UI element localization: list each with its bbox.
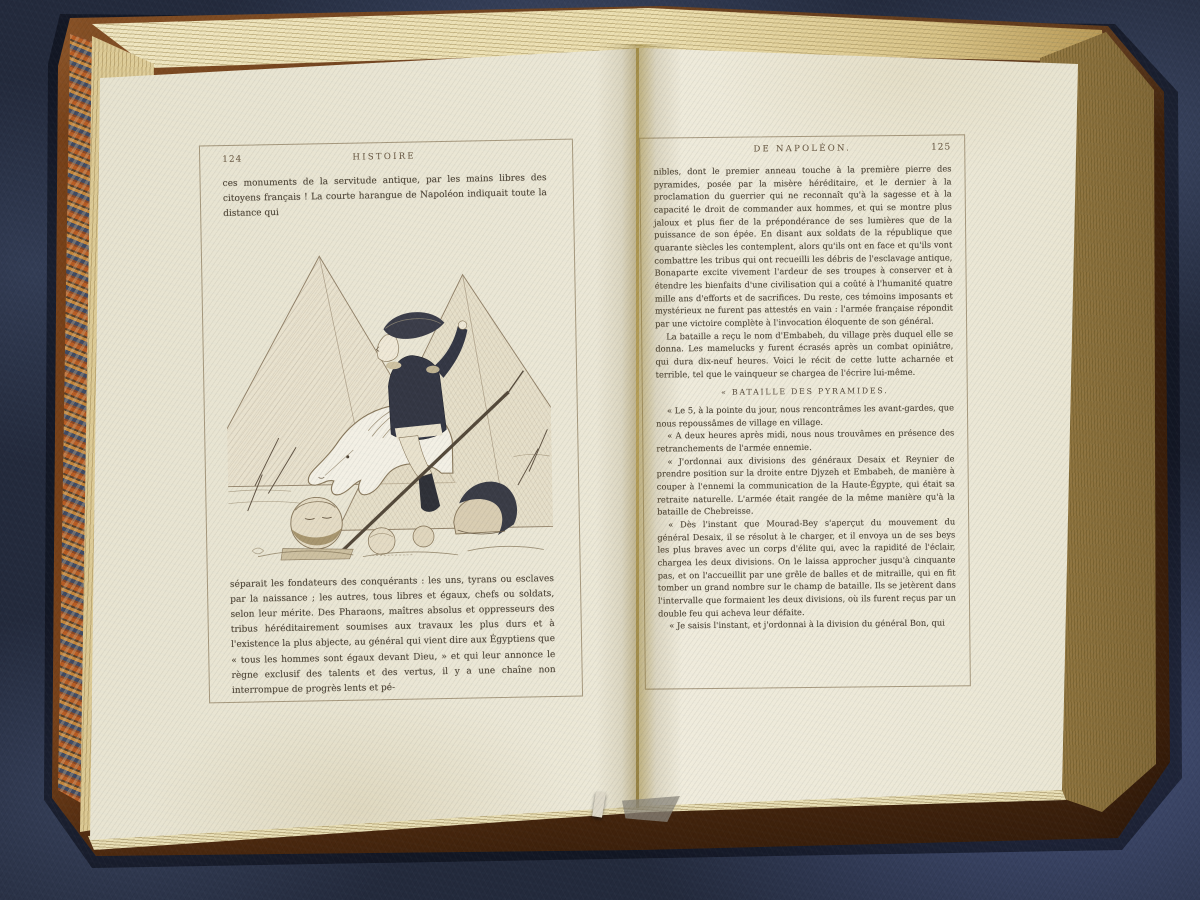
napoleon-pyramids-engraving <box>223 220 553 572</box>
paragraph: La bataille a reçu le nom d'Embabeh, du … <box>655 327 954 381</box>
paragraph: « J'ordonnai aux divisions des généraux … <box>656 452 955 518</box>
left-page-rule-frame: 124 HISTOIRE ces monuments de la servitu… <box>199 139 583 704</box>
paragraph: « Dès l'instant que Mourad-Bey s'aperçut… <box>657 515 956 619</box>
section-heading: « BATAILLE DES PYRAMIDES. <box>656 386 954 398</box>
right-page-number: 125 <box>931 142 951 152</box>
engraving-svg <box>224 226 554 566</box>
right-page-rule-frame: DE NAPOLÉON. 125 nibles, dont le premier… <box>639 134 971 689</box>
right-running-title: DE NAPOLÉON. <box>653 142 951 155</box>
paragraph: nibles, dont le premier anneau touche à … <box>653 162 953 330</box>
photo-background: 124 HISTOIRE ces monuments de la servitu… <box>0 0 1200 900</box>
paragraph: « Je saisis l'instant, et j'ordonnai à l… <box>658 617 956 633</box>
left-running-title: HISTOIRE <box>222 149 546 165</box>
gutter-highlight <box>636 48 639 808</box>
left-text-bottom: séparait les fondateurs des conquérants … <box>230 572 556 700</box>
left-text-top: ces monuments de la servitude antique, p… <box>223 171 548 223</box>
left-running-head: 124 HISTOIRE <box>222 147 546 171</box>
paragraph: « A deux heures après midi, nous nous tr… <box>656 427 954 455</box>
right-running-head: DE NAPOLÉON. 125 <box>653 140 951 161</box>
paragraph: « Le 5, à la pointe du jour, nous rencon… <box>656 402 954 430</box>
